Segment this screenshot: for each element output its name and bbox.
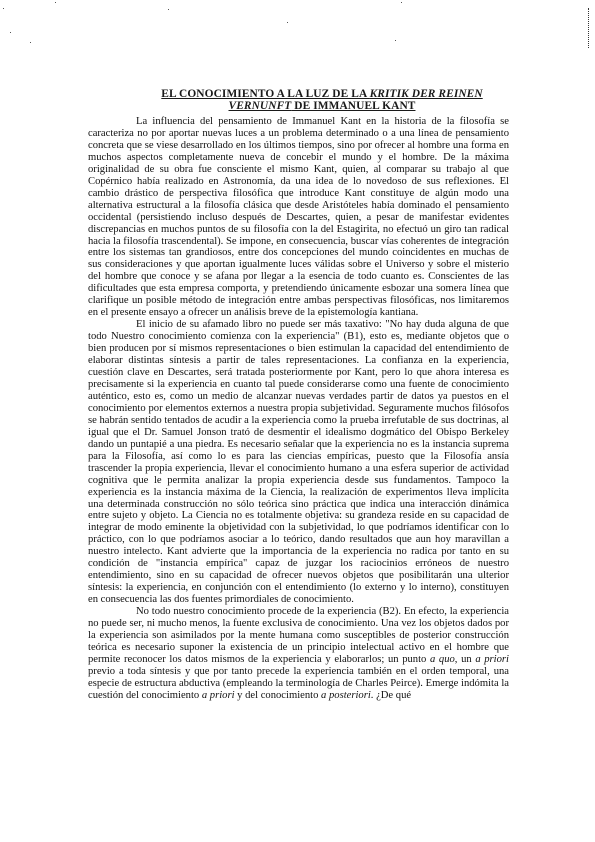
scan-speckle (401, 2, 402, 3)
paragraph-3: No todo nuestro conocimiento procede de … (88, 606, 509, 702)
title-part-2: DE IMMANUEL KANT (291, 100, 415, 112)
document-title: EL CONOCIMIENTO A LA LUZ DE LA KRITIK DE… (132, 88, 512, 112)
scan-speckle (395, 40, 396, 41)
latin-term: a priori (202, 690, 235, 701)
scan-speckle (287, 22, 288, 23)
paragraph-3-text: . ¿De qué (371, 690, 411, 701)
latin-term: a posteriori (321, 690, 371, 701)
scan-edge-mark (588, 8, 590, 48)
scan-speckle (10, 32, 11, 33)
latin-term: a priori (475, 654, 509, 665)
document-body: La influencia del pensamiento de Immanue… (88, 116, 509, 702)
scan-speckle (55, 2, 56, 3)
paragraph-3-text: , un (455, 654, 476, 665)
paragraph-1: La influencia del pensamiento de Immanue… (88, 116, 509, 319)
scan-speckle (168, 9, 169, 10)
scan-speckle (30, 42, 31, 43)
paragraph-3-text: y del conocimiento (235, 690, 322, 701)
scan-speckle (3, 8, 4, 9)
paragraph-2: El inicio de su afamado libro no puede s… (88, 319, 509, 606)
document-page: EL CONOCIMIENTO A LA LUZ DE LA KRITIK DE… (0, 0, 595, 842)
title-part-1: EL CONOCIMIENTO A LA LUZ DE LA (161, 88, 369, 100)
latin-term: a quo (430, 654, 455, 665)
